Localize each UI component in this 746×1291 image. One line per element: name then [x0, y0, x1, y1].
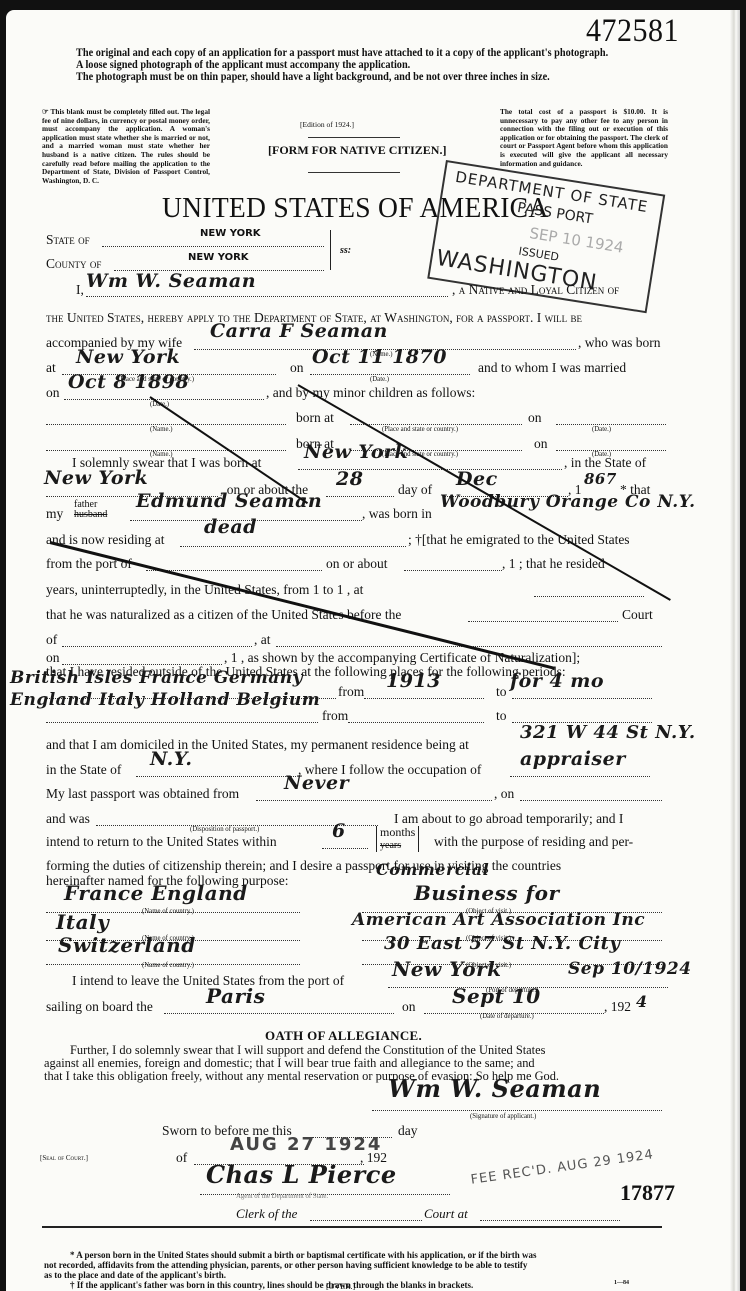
notice-line: The photograph must be on thin paper, sh… [76, 71, 608, 83]
period-unit-options: months years [376, 826, 419, 852]
child-birthdate-field[interactable] [556, 436, 666, 451]
footnote-line: * A person born in the United States sho… [44, 1250, 536, 1260]
wife-birthplace: New York [76, 346, 180, 368]
bracket [330, 230, 331, 270]
birth-year: 867 [584, 470, 617, 488]
footnote-line: not recorded, affidavits from the attend… [44, 1260, 536, 1270]
abroad-places: British Isles France Germany [10, 668, 303, 688]
of-label: of [176, 1150, 187, 1166]
child-name-field[interactable] [46, 410, 286, 425]
naturalization-date-field[interactable] [62, 650, 222, 665]
over-label: [OVER.] [326, 1282, 355, 1291]
photo-notice: The original and each copy of an applica… [76, 47, 654, 83]
clerk-court-field[interactable] [310, 1206, 422, 1221]
my-label: my [46, 506, 63, 522]
divider [308, 172, 400, 173]
resided-text: , 1 ; that he resided [502, 556, 605, 572]
divider [308, 137, 400, 138]
years-text: years, uninterruptedly, in the United St… [46, 582, 363, 598]
country-caption: (Name of country.) [142, 962, 194, 969]
wife-name: Carra F Seaman [210, 320, 388, 342]
notice-line: The original and each copy of an applica… [76, 47, 608, 59]
port-field[interactable] [146, 556, 322, 571]
return-period: 6 [332, 820, 346, 842]
who-was-born-label: , who was born [578, 335, 661, 351]
years-option: years [380, 839, 415, 852]
child-on-label: on [528, 410, 542, 426]
sail-date: Sept 10 [452, 984, 541, 1008]
clerk-court-location-field[interactable] [480, 1206, 620, 1221]
abroad-from-field[interactable] [348, 708, 484, 723]
child-name-field[interactable] [46, 436, 286, 451]
abroad-to: for 4 mo [510, 670, 604, 692]
residence-place-field[interactable] [534, 582, 644, 597]
country-caption: (Name of country.) [142, 908, 194, 915]
was-born-in-label: , was born in [362, 506, 432, 522]
on-label: on [46, 385, 60, 401]
birth-day: 28 [336, 468, 363, 490]
bottom-number: 17877 [620, 1180, 675, 1206]
sailing-label: sailing on board the [46, 999, 153, 1015]
sail-year: 4 [636, 992, 648, 1011]
abroad-to-field[interactable] [512, 708, 652, 723]
signature-caption: (Signature of applicant.) [470, 1113, 536, 1120]
residence-address: 321 W 44 St N.Y. [520, 722, 696, 743]
seal-label: [Seal of Court.] [40, 1154, 88, 1162]
child-birthplace-field[interactable] [350, 410, 522, 425]
clerk-label: Clerk of the [236, 1206, 297, 1222]
place-caption: (Place and state or country.) [382, 426, 458, 433]
court-at-label: Court at [424, 1206, 468, 1222]
at-label: , at [254, 632, 271, 648]
from-label: from [322, 708, 348, 724]
departure-note: Sep 10/1924 [568, 959, 692, 979]
purpose-general: Commercial [376, 860, 489, 879]
form-code: 1—84 [614, 1280, 629, 1286]
last-passport-value: Never [284, 772, 349, 794]
child-on-label: on [534, 436, 548, 452]
on-label: , on [494, 786, 514, 802]
court-of-field[interactable] [62, 632, 252, 647]
born-at-label: born at [296, 410, 334, 426]
marriage-date: Oct 8 1898 [68, 371, 189, 393]
of-label: of [46, 632, 57, 648]
married-label: and to whom I was married [478, 360, 626, 376]
object-2: American Art Association Inc [352, 910, 645, 930]
father-residence: dead [204, 516, 257, 538]
abroad-from: 1913 [386, 670, 441, 692]
object-1: Business for [414, 881, 560, 905]
emigrated-text: ; †[that he emigrated to the United Stat… [408, 532, 630, 548]
departure-date-caption: (Date of departure.) [480, 1013, 534, 1020]
last-passport-label: My last passport was obtained from [46, 786, 239, 802]
applicant-name: Wm W. Seaman [86, 270, 256, 292]
intend-return-text: intend to return to the United States wi… [46, 834, 277, 850]
name-caption: (Name.) [150, 426, 172, 433]
to-label: to [496, 708, 507, 724]
oath-title: OATH OF ALLEGIANCE. [265, 1028, 422, 1044]
footnotes: * A person born in the United States sho… [44, 1250, 536, 1290]
abroad-places-field[interactable] [46, 708, 318, 723]
right-instructions: The total cost of a passport is $10.00. … [500, 108, 668, 168]
footnote-line: as to the place and date of the applican… [44, 1270, 536, 1280]
at-label: at [46, 360, 56, 376]
ship-name: Paris [206, 984, 265, 1008]
left-instructions: ☞ This blank must be completely filled o… [42, 108, 210, 185]
footer-divider [42, 1226, 662, 1228]
country-3: Switzerland [58, 933, 196, 957]
occupation: appraiser [520, 748, 626, 770]
object-3: 30 East 57 St N.Y. City [384, 933, 620, 954]
on-or-about-label: on or about [326, 556, 388, 572]
date-caption: (Date.) [370, 376, 389, 383]
departure-port: New York [392, 957, 501, 981]
date-caption: (Date.) [592, 426, 611, 433]
notice-line: A loose signed photograph of the applica… [76, 59, 608, 71]
months-option: months [380, 826, 415, 839]
country-2: Italy [56, 910, 109, 934]
state-of-label: in the State of [46, 762, 121, 778]
country-1: France England [64, 881, 248, 905]
agent-caption: Agent of the Department of State. [236, 1193, 328, 1200]
going-abroad-text: I am about to go abroad temporarily; and… [394, 811, 623, 827]
day-of-label: day of [398, 482, 432, 498]
father-husband-options: father husband [74, 500, 107, 520]
state-label: State of [46, 232, 90, 248]
domiciled-text: and that I am domiciled in the United St… [46, 737, 469, 753]
purpose-text: with the purpose of residing and per- [434, 834, 633, 850]
abroad-places: England Italy Holland Belgium [10, 690, 320, 710]
applicant-signature: Wm W. Seaman [388, 1074, 601, 1103]
sail-on-label: on [402, 999, 416, 1015]
child-birthdate-field[interactable] [556, 410, 666, 425]
i-label: I, [76, 282, 84, 298]
form-type-label: [FORM FOR NATIVE CITIZEN.] [268, 143, 446, 158]
to-label: to [496, 684, 507, 700]
residence-state: N.Y. [150, 748, 193, 770]
footnote-line: † If the applicant's father was born in … [44, 1280, 536, 1290]
edition-label: [Edition of 1924.] [300, 120, 354, 129]
sail-year-prefix: , 192 [604, 999, 631, 1015]
page-edge [730, 10, 740, 1291]
court-field[interactable] [468, 607, 618, 622]
court-label: Court [622, 607, 653, 623]
emigration-date-field[interactable] [404, 556, 502, 571]
wife-birthdate: Oct 11 1870 [312, 346, 447, 368]
birth-state: New York [44, 467, 148, 489]
from-label: from [338, 684, 364, 700]
disposition-caption: (Disposition of passport.) [190, 826, 259, 833]
state-value: NEW YORK [200, 228, 261, 239]
minor-children-label: , and by my minor children as follows: [266, 385, 475, 401]
and-was-label: and was [46, 811, 90, 827]
ship-field[interactable] [164, 999, 394, 1014]
native-citizen-label: , a Native and Loyal Citizen of [452, 282, 619, 298]
last-passport-date-field[interactable] [520, 786, 662, 801]
husband-option: husband [74, 510, 107, 520]
in-state-label: , in the State of [564, 455, 646, 471]
county-value: NEW YORK [188, 252, 249, 263]
birthplace: New York [304, 441, 408, 463]
serial-number: 472581 [586, 12, 679, 49]
on-label: on [290, 360, 304, 376]
ss-label: ss: [340, 245, 351, 256]
day-label: day [398, 1123, 418, 1139]
father-birthplace: Woodbury Orange Co N.Y. [440, 492, 696, 512]
